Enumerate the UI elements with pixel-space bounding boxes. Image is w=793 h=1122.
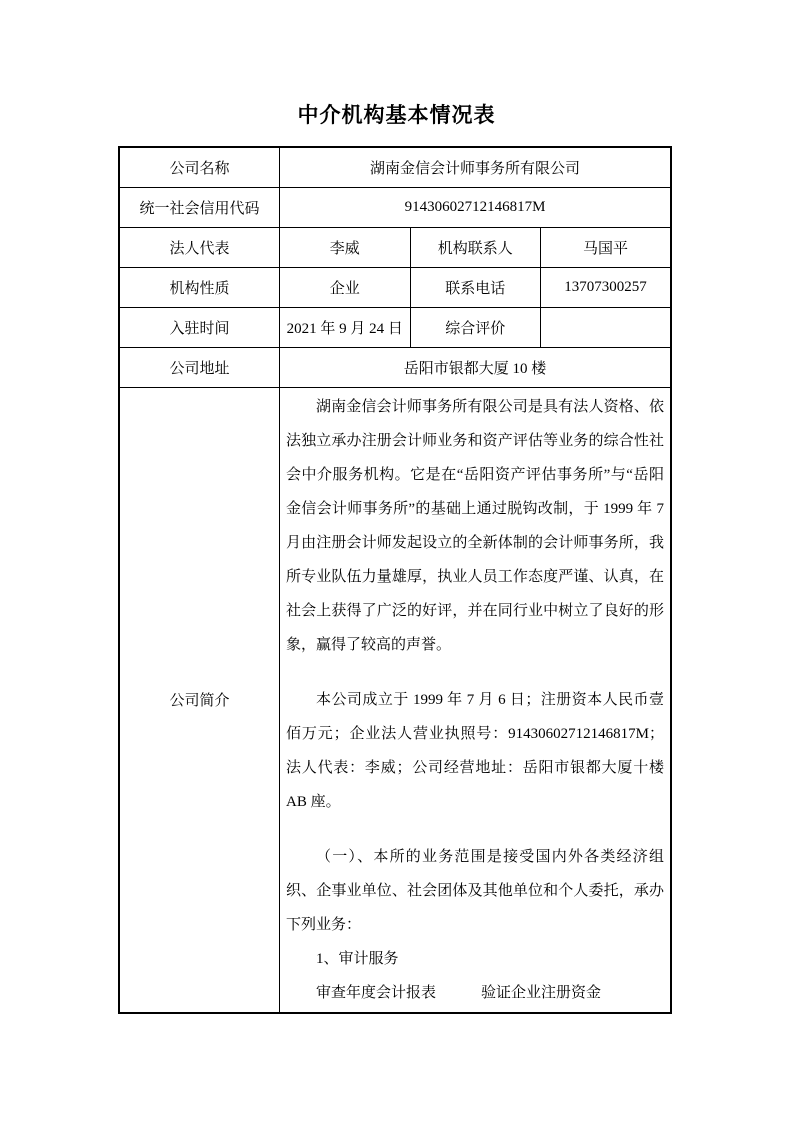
entry-date-label: 入驻时间 xyxy=(119,307,280,347)
page-title: 中介机构基本情况表 xyxy=(0,0,793,128)
table-row-company-profile: 公司简介 湖南金信会计师事务所有限公司是具有法人资格、依法独立承办注册会计师业务… xyxy=(119,387,671,1013)
profile-paragraph-intro: 湖南金信会计师事务所有限公司是具有法人资格、依法独立承办注册会计师业务和资产评估… xyxy=(286,390,664,662)
profile-paragraph-audit-items: 审查年度会计报表 验证企业注册资金 xyxy=(286,976,664,1010)
overall-rating-label: 综合评价 xyxy=(410,307,541,347)
contact-phone-label: 联系电话 xyxy=(410,267,541,307)
profile-paragraph-registration: 本公司成立于 1999 年 7 月 6 日；注册资本人民币壹佰万元；企业法人营业… xyxy=(286,683,664,819)
table-row-credit-code: 统一社会信用代码 91430602712146817M xyxy=(119,187,671,227)
company-address-label: 公司地址 xyxy=(119,347,280,387)
table-row-org-nature: 机构性质 企业 联系电话 13707300257 xyxy=(119,267,671,307)
company-name-value: 湖南金信会计师事务所有限公司 xyxy=(280,147,672,187)
contact-person-value: 马国平 xyxy=(541,227,672,267)
credit-code-value: 91430602712146817M xyxy=(280,187,672,227)
entry-date-value: 2021 年 9 月 24 日 xyxy=(280,307,411,347)
overall-rating-value xyxy=(541,307,672,347)
agency-info-table: 公司名称 湖南金信会计师事务所有限公司 统一社会信用代码 91430602712… xyxy=(118,146,672,1014)
legal-rep-value: 李威 xyxy=(280,227,411,267)
company-address-value: 岳阳市银都大厦 10 楼 xyxy=(280,347,672,387)
contact-person-label: 机构联系人 xyxy=(410,227,541,267)
table-row-legal-rep: 法人代表 李威 机构联系人 马国平 xyxy=(119,227,671,267)
table-row-entry-date: 入驻时间 2021 年 9 月 24 日 综合评价 xyxy=(119,307,671,347)
document-page: 中介机构基本情况表 公司名称 湖南金信会计师事务所有限公司 统一社会信用代码 9… xyxy=(0,0,793,1122)
profile-paragraph-business-scope: （一）、本所的业务范围是接受国内外各类经济组织、企事业单位、社会团体及其他单位和… xyxy=(286,840,664,942)
table-row-company-address: 公司地址 岳阳市银都大厦 10 楼 xyxy=(119,347,671,387)
org-nature-label: 机构性质 xyxy=(119,267,280,307)
profile-paragraph-audit-service: 1、审计服务 xyxy=(286,942,664,976)
company-profile-content: 湖南金信会计师事务所有限公司是具有法人资格、依法独立承办注册会计师业务和资产评估… xyxy=(280,387,672,1013)
credit-code-label: 统一社会信用代码 xyxy=(119,187,280,227)
legal-rep-label: 法人代表 xyxy=(119,227,280,267)
table-row-company-name: 公司名称 湖南金信会计师事务所有限公司 xyxy=(119,147,671,187)
company-name-label: 公司名称 xyxy=(119,147,280,187)
contact-phone-value: 13707300257 xyxy=(541,267,672,307)
org-nature-value: 企业 xyxy=(280,267,411,307)
company-profile-label: 公司简介 xyxy=(119,387,280,1013)
